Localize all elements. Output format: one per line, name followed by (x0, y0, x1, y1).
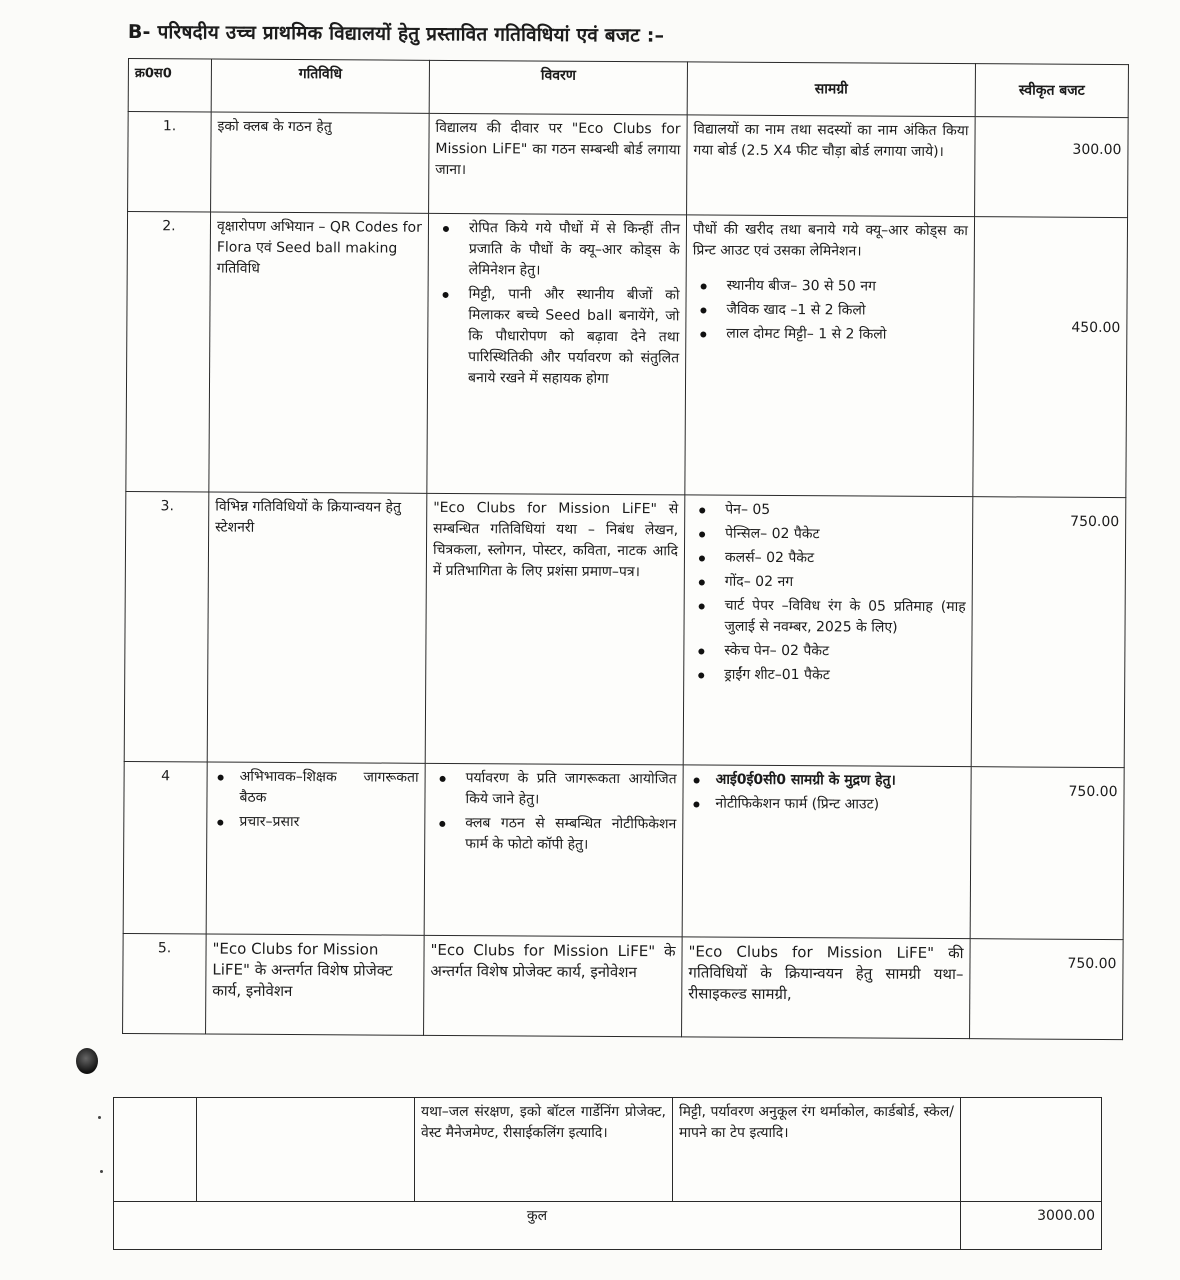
table-header-row: क्र0स0 गतिविधि विवरण सामग्री स्वीकृत बजट (128, 59, 1128, 118)
row-details: "Eco Clubs for Mission LiFE" से सम्बन्धि… (425, 493, 685, 765)
material-bullet: जैविक खाद –1 से 2 किलो (692, 299, 967, 322)
material-bullet: पेन– 05 (691, 499, 966, 522)
detail-bullet: पर्यावरण के प्रति जागरूकता आयोजित किये ज… (431, 768, 676, 811)
row-details: "Eco Clubs for Mission LiFE" के अन्तर्गत… (424, 935, 683, 1037)
row-budget-empty (961, 1098, 1102, 1202)
row-budget: 300.00 (975, 117, 1129, 218)
row-material: "Eco Clubs for Mission LiFE" की गतिविधिय… (682, 937, 971, 1039)
row-budget: 450.00 (973, 217, 1128, 498)
row-details: विद्यालय की दीवार पर "Eco Clubs for Miss… (429, 113, 688, 215)
detail-bullet: मिट्टी, पानी और स्थानीय बीजों को मिलाकर … (434, 284, 680, 390)
row-budget: 750.00 (971, 497, 1126, 768)
activity-bullet: प्रचार–प्रसार (213, 812, 418, 834)
row-material: मिट्टी, पर्यावरण अनुकूल रंग थर्माकोल, का… (673, 1098, 961, 1202)
row-activity: अभिभावक–शिक्षक जागरूकता बैठक प्रचार–प्रस… (206, 762, 425, 935)
table-row-continuation: यथा–जल संरक्षण, इको बॉटल गार्डेनिंग प्रो… (114, 1098, 1102, 1202)
row-activity: वृक्षारोपण अभियान – QR Codes for Flora ए… (209, 212, 429, 493)
material-bullet: चार्ट पेपर –विविध रंग के 05 प्रतिमाह (मा… (690, 595, 965, 639)
material-bullet: गोंद– 02 नग (691, 571, 966, 594)
row-material: पौधों की खरीद तथा बनाये गये क्यू–आर कोड्… (685, 215, 975, 497)
row-details: पर्यावरण के प्रति जागरूकता आयोजित किये ज… (424, 763, 683, 937)
row-serial: 5. (123, 933, 207, 1034)
budget-table-page-2: यथा–जल संरक्षण, इको बॉटल गार्डेनिंग प्रो… (113, 1097, 1102, 1250)
row-material: विद्यालयों का नाम तथा सदस्यों का नाम अंक… (687, 115, 976, 217)
material-bullet: स्केच पेन– 02 पैकेट (690, 640, 965, 663)
activity-bullet: अभिभावक–शिक्षक जागरूकता बैठक (213, 767, 418, 810)
row-serial: 2. (126, 212, 211, 493)
material-bullet: स्थानीय बीज– 30 से 50 नग (693, 275, 968, 298)
budget-table-page-1: क्र0स0 गतिविधि विवरण सामग्री स्वीकृत बजट… (122, 58, 1129, 1040)
header-budget: स्वीकृत बजट (975, 64, 1128, 118)
header-activity: गतिविधि (211, 59, 429, 113)
hole-punch-mark (76, 1048, 98, 1074)
material-bullet: आई0ई0सी0 सामग्री के मुद्रण हेतु। (690, 769, 965, 792)
row-activity: इको क्लब के गठन हेतु (211, 112, 430, 213)
material-bullet: लाल दोमट मिट्टी– 1 से 2 किलो (692, 323, 967, 346)
row-details: यथा–जल संरक्षण, इको बॉटल गार्डेनिंग प्रो… (415, 1098, 673, 1202)
row-serial: 3. (124, 491, 209, 762)
material-bullet: नोटीफिकेशन फार्म (प्रिन्ट आउट) (689, 793, 964, 816)
table-row: 2. वृक्षारोपण अभियान – QR Codes for Flor… (126, 212, 1128, 498)
table-row: 1. इको क्लब के गठन हेतु विद्यालय की दीवा… (128, 112, 1129, 218)
header-material: सामग्री (687, 62, 975, 117)
material-bullet: ड्राईंग शीट–01 पैकेट (690, 664, 965, 687)
budget-table: क्र0स0 गतिविधि विवरण सामग्री स्वीकृत बजट… (122, 58, 1129, 1040)
row-budget: 750.00 (970, 939, 1124, 1040)
row-material: पेन– 05 पेन्सिल– 02 पैकेट कलर्स– 02 पैके… (683, 495, 973, 767)
budget-table-continuation: यथा–जल संरक्षण, इको बॉटल गार्डेनिंग प्रो… (113, 1097, 1102, 1250)
material-bullet: पेन्सिल– 02 पैकेट (691, 523, 966, 546)
document-title: B- परिषदीय उच्च प्राथमिक विद्यालयों हेतु… (128, 18, 1028, 50)
row-details: रोपित किये गये पौधों में से किन्हीं तीन … (427, 213, 687, 495)
detail-bullet: रोपित किये गये पौधों में से किन्हीं तीन … (435, 218, 680, 282)
speck-mark (98, 1116, 101, 1119)
row-activity: "Eco Clubs for Mission LiFE" के अन्तर्गत… (206, 934, 425, 1035)
row-serial: 1. (128, 112, 212, 213)
table-row: 4 अभिभावक–शिक्षक जागरूकता बैठक प्रचार–प्… (123, 761, 1124, 939)
total-row: कुल 3000.00 (114, 1202, 1102, 1250)
material-bullet: कलर्स– 02 पैकेट (691, 547, 966, 570)
row-activity: विभिन्न गतिविधियों के क्रियान्वयन हेतु स… (207, 492, 427, 763)
row-activity-empty (197, 1098, 415, 1202)
header-serial: क्र0स0 (128, 59, 211, 113)
row-serial-empty (114, 1098, 197, 1202)
material-text: पौधों की खरीद तथा बनाये गये क्यू–आर कोड्… (693, 219, 968, 263)
table-row: 5. "Eco Clubs for Mission LiFE" के अन्तर… (123, 933, 1124, 1039)
total-value: 3000.00 (961, 1202, 1102, 1250)
table-row: 3. विभिन्न गतिविधियों के क्रियान्वयन हेत… (124, 491, 1126, 767)
row-budget: 750.00 (970, 767, 1124, 940)
row-material: आई0ई0सी0 सामग्री के मुद्रण हेतु। नोटीफिक… (682, 765, 971, 939)
header-details: विवरण (429, 60, 687, 115)
total-label: कुल (114, 1202, 961, 1250)
row-serial: 4 (123, 761, 207, 934)
detail-bullet: क्लब गठन से सम्बन्धित नोटीफिकेशन फार्म क… (431, 813, 676, 856)
speck-mark (100, 1170, 103, 1173)
